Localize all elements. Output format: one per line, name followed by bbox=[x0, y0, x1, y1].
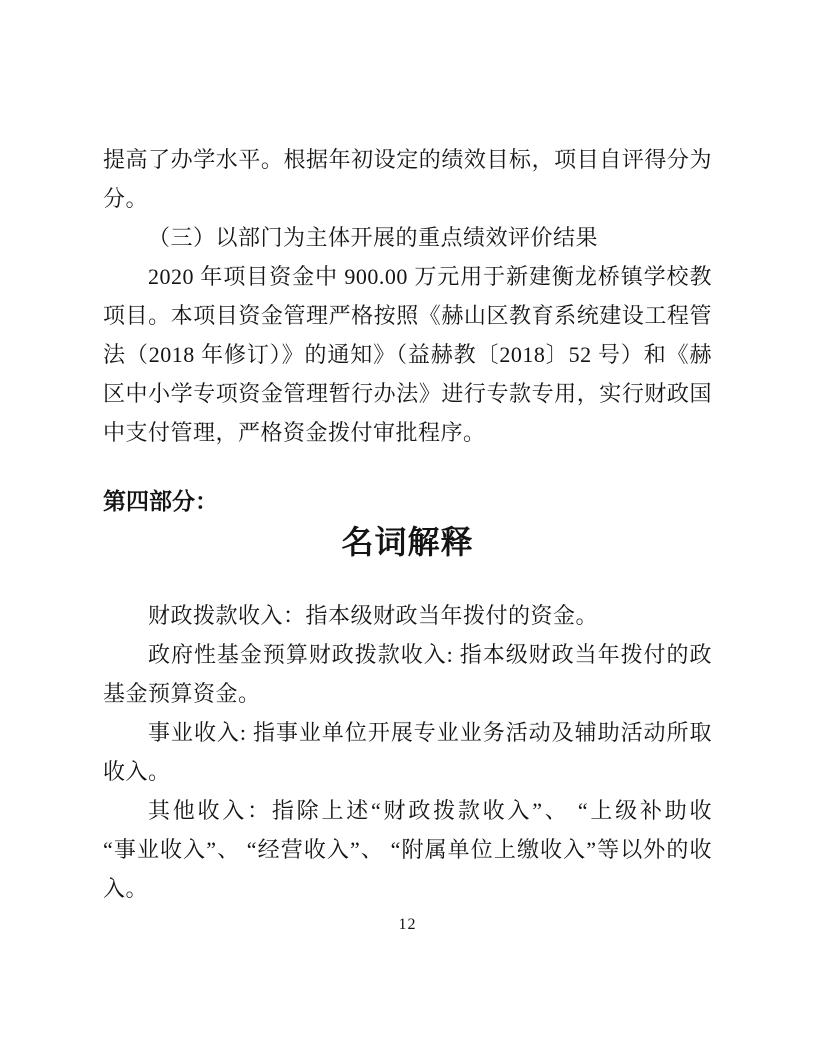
page-number: 12 bbox=[103, 915, 712, 935]
definition-line: “事业收入”、 “经营收入”、 “附属单位上缴收入”等以外的收 bbox=[103, 830, 712, 869]
text-line: 分。 bbox=[103, 179, 712, 218]
text-line: 2020 年项目资金中 900.00 万元用于新建衡龙桥镇学校教学楼 bbox=[103, 257, 712, 296]
paragraph-self-evaluation: 提高了办学水平。根据年初设定的绩效目标，项目自评得分为 99 分。 （三）以部门… bbox=[103, 140, 712, 452]
glossary-definitions: 财政拨款收入：指本级财政当年拨付的资金。 政府性基金预算财政拨款收入: 指本级财… bbox=[103, 596, 712, 908]
section-title-glossary: 名词解释 bbox=[103, 521, 712, 563]
part-four-label: 第四部分： bbox=[103, 485, 712, 518]
text-line: 区中小学专项资金管理暂行办法》进行专款专用，实行财政国库集 bbox=[103, 374, 712, 413]
definition-line: 其他收入：指除上述“财政拨款收入”、 “上级补助收入”、 bbox=[103, 791, 712, 830]
subsection-heading: （三）以部门为主体开展的重点绩效评价结果 bbox=[103, 218, 712, 257]
text-line: 中支付管理，严格资金拨付审批程序。 bbox=[103, 413, 712, 452]
document-page: 提高了办学水平。根据年初设定的绩效目标，项目自评得分为 99 分。 （三）以部门… bbox=[0, 0, 815, 1055]
definition-line: 基金预算资金。 bbox=[103, 674, 712, 713]
text-line: 项目。本项目资金管理严格按照《赫山区教育系统建设工程管理办 bbox=[103, 296, 712, 335]
definition-line: 政府性基金预算财政拨款收入: 指本级财政当年拨付的政府性 bbox=[103, 635, 712, 674]
definition-line: 财政拨款收入：指本级财政当年拨付的资金。 bbox=[103, 596, 712, 635]
page-content: 提高了办学水平。根据年初设定的绩效目标，项目自评得分为 99 分。 （三）以部门… bbox=[103, 140, 712, 935]
definition-line: 入。 bbox=[103, 869, 712, 908]
definition-line: 事业收入: 指事业单位开展专业业务活动及辅助活动所取得的 bbox=[103, 713, 712, 752]
definition-line: 收入。 bbox=[103, 752, 712, 791]
text-line: 法（2018 年修订）》的通知》（益赫教〔2018〕52 号）和《赫山 bbox=[103, 335, 712, 374]
text-line: 提高了办学水平。根据年初设定的绩效目标，项目自评得分为 99 bbox=[103, 140, 712, 179]
